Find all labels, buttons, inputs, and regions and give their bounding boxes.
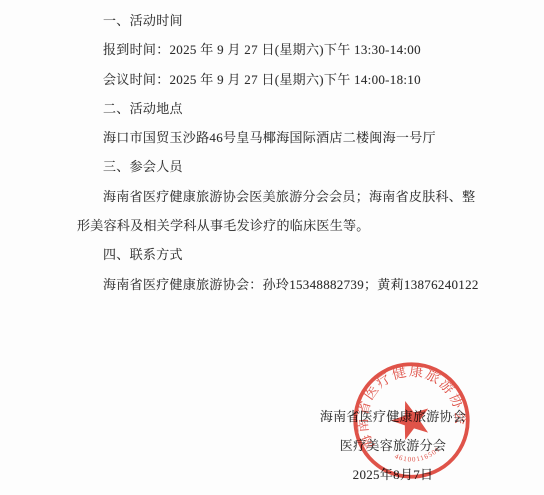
- document-page: 一、活动时间 报到时间：2025 年 9 月 27 日(星期六)下午 13:30…: [0, 0, 544, 495]
- body-line-checkin-time: 报到时间：2025 年 9 月 27 日(星期六)下午 13:30-14:00: [77, 35, 517, 64]
- document-body: 一、活动时间 报到时间：2025 年 9 月 27 日(星期六)下午 13:30…: [77, 6, 517, 299]
- section-heading-4: 四、联系方式: [77, 240, 517, 269]
- signature-org-line2: 医疗美容旅游分会: [310, 431, 476, 460]
- section-heading-1: 一、活动时间: [77, 6, 517, 35]
- body-line-meeting-time: 会议时间：2025 年 9 月 27 日(星期六)下午 14:00-18:10: [77, 65, 517, 94]
- signature-org-line1: 海南省医疗健康旅游协会: [310, 402, 476, 431]
- body-line-venue: 海口市国贸玉沙路46号皇马椰海国际酒店二楼闽海一号厅: [77, 123, 517, 152]
- body-line-contacts: 海南省医疗健康旅游协会：孙玲15348882739；黄莉13876240122: [77, 270, 517, 299]
- body-line-participants-2: 形美容科及相关学科从事毛发诊疗的临床医生等。: [77, 211, 517, 240]
- signature-block: 海南省医疗健康旅游协会 医疗美容旅游分会 2025年8月7日: [310, 402, 476, 490]
- body-line-participants-1: 海南省医疗健康旅游协会医美旅游分会会员；海南省皮肤科、整: [77, 182, 517, 211]
- section-heading-3: 三、参会人员: [77, 152, 517, 181]
- signature-date: 2025年8月7日: [310, 460, 476, 489]
- section-heading-2: 二、活动地点: [77, 94, 517, 123]
